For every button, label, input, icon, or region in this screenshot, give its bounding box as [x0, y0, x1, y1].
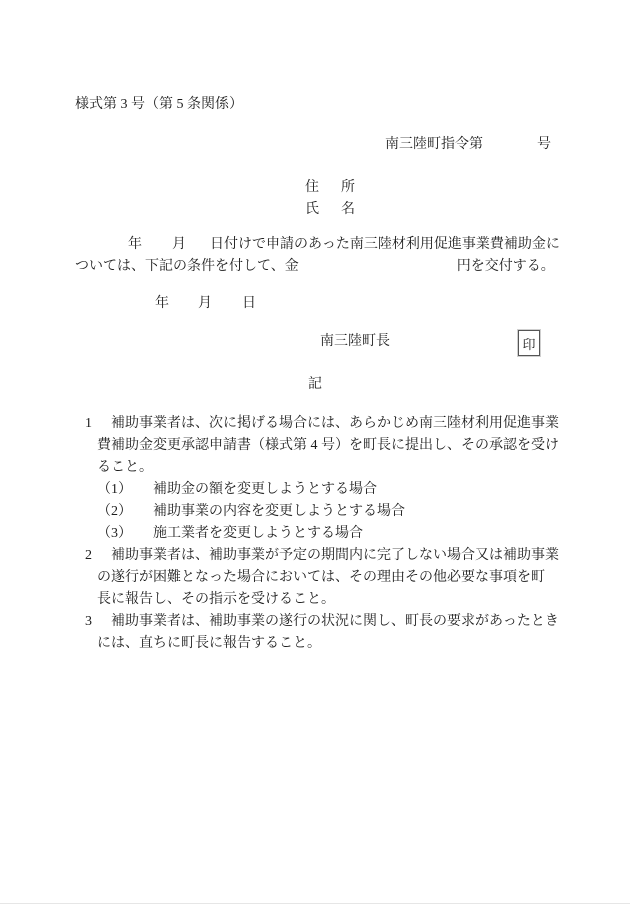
- list-line: 2補助事業者は、補助事業が予定の期間内に完了しない場合又は補助事業: [75, 545, 575, 567]
- list-line-text: 長に報告し、その指示を受けること。: [97, 592, 335, 607]
- list-line-text: 費補助金変更承認申請書（様式第 4 号）を町長に提出し、その承認を受け: [97, 438, 559, 453]
- seal-box: 印: [518, 330, 540, 356]
- issue-month-unit: 月: [198, 296, 212, 311]
- list-line: （3）施工業者を変更しようとする場合: [75, 523, 575, 545]
- list-line: の遂行が困難となった場合においては、その理由その他必要な事項を町: [75, 567, 575, 589]
- list-line: （1）補助金の額を変更しようとする場合: [75, 479, 575, 501]
- list-line: ること。: [75, 457, 575, 479]
- directive-suffix: 号: [537, 137, 551, 152]
- issue-day-unit: 日: [242, 296, 256, 311]
- issue-month-blank: [169, 306, 198, 307]
- list-line: には、直ちに町長に報告すること。: [75, 633, 575, 655]
- name-label: 氏 名: [305, 202, 359, 218]
- year-unit: 年: [128, 237, 142, 252]
- sub-item-number: （3）: [97, 523, 153, 545]
- body-line-2: ついては、下記の条件を付して、金円を交付する。: [75, 259, 555, 275]
- month-unit: 月: [172, 237, 186, 252]
- item-number: 1: [85, 413, 92, 435]
- item-number: 2: [85, 545, 92, 567]
- list-line-text: の遂行が困難となった場合においては、その理由その他必要な事項を町: [97, 570, 545, 585]
- issue-date-line: 年月日: [75, 296, 256, 312]
- body-line-2-after-amount: 円を交付する。: [457, 259, 555, 274]
- list-line-text: 施工業者を変更しようとする場合: [153, 526, 363, 541]
- seal-label: 印: [522, 334, 535, 353]
- note-heading: 記: [0, 377, 630, 393]
- application-day-blank: [186, 247, 210, 248]
- list-line: 長に報告し、その指示を受けること。: [75, 589, 575, 611]
- list-line: 費補助金変更承認申請書（様式第 4 号）を町長に提出し、その承認を受け: [75, 435, 575, 457]
- address-label: 住 所: [305, 180, 359, 196]
- body-line-1: 年月日付けで申請のあった南三陸材利用促進事業費補助金に: [75, 237, 560, 253]
- directive-number-line: 南三陸町指令第号: [385, 137, 551, 153]
- issue-date-indent: [75, 306, 155, 307]
- sub-item-number: （1）: [97, 479, 153, 501]
- issue-day-blank: [212, 306, 242, 307]
- application-month-blank: [142, 247, 172, 248]
- body-line-1-text: 日付けで申請のあった南三陸材利用促進事業費補助金に: [210, 237, 560, 252]
- list-line: （2）補助事業の内容を変更しようとする場合: [75, 501, 575, 523]
- list-line-text: 補助事業者は、補助事業の遂行の状況に関し、町長の要求があったとき: [111, 614, 559, 629]
- item-number: 3: [85, 611, 92, 633]
- body-line-2-before-amount: ついては、下記の条件を付して、金: [75, 259, 299, 274]
- list-line: 1補助事業者は、次に掲げる場合には、あらかじめ南三陸材利用促進事業: [75, 413, 575, 435]
- issue-year-unit: 年: [155, 296, 169, 311]
- list-line-text: 補助金の額を変更しようとする場合: [153, 482, 377, 497]
- application-year-blank: [75, 247, 128, 248]
- directive-prefix: 南三陸町指令第: [385, 137, 483, 152]
- form-number-label: 様式第 3 号（第 5 条関係）: [75, 97, 243, 113]
- list-line-text: 補助事業の内容を変更しようとする場合: [153, 504, 405, 519]
- conditions-list: 1補助事業者は、次に掲げる場合には、あらかじめ南三陸材利用促進事業 費補助金変更…: [75, 413, 575, 655]
- document-page: 様式第 3 号（第 5 条関係） 南三陸町指令第号 住 所 氏 名 年月日付けで…: [0, 0, 630, 904]
- list-line-text: には、直ちに町長に報告すること。: [97, 636, 321, 651]
- list-line: 3補助事業者は、補助事業の遂行の状況に関し、町長の要求があったとき: [75, 611, 575, 633]
- mayor-label: 南三陸町長: [320, 334, 390, 350]
- list-line-text: 補助事業者は、補助事業が予定の期間内に完了しない場合又は補助事業: [111, 548, 559, 563]
- list-line-text: ること。: [97, 460, 153, 475]
- sub-item-number: （2）: [97, 501, 153, 523]
- directive-number-blank: [483, 147, 537, 148]
- list-line-text: 補助事業者は、次に掲げる場合には、あらかじめ南三陸材利用促進事業: [111, 416, 559, 431]
- amount-blank: [299, 269, 457, 270]
